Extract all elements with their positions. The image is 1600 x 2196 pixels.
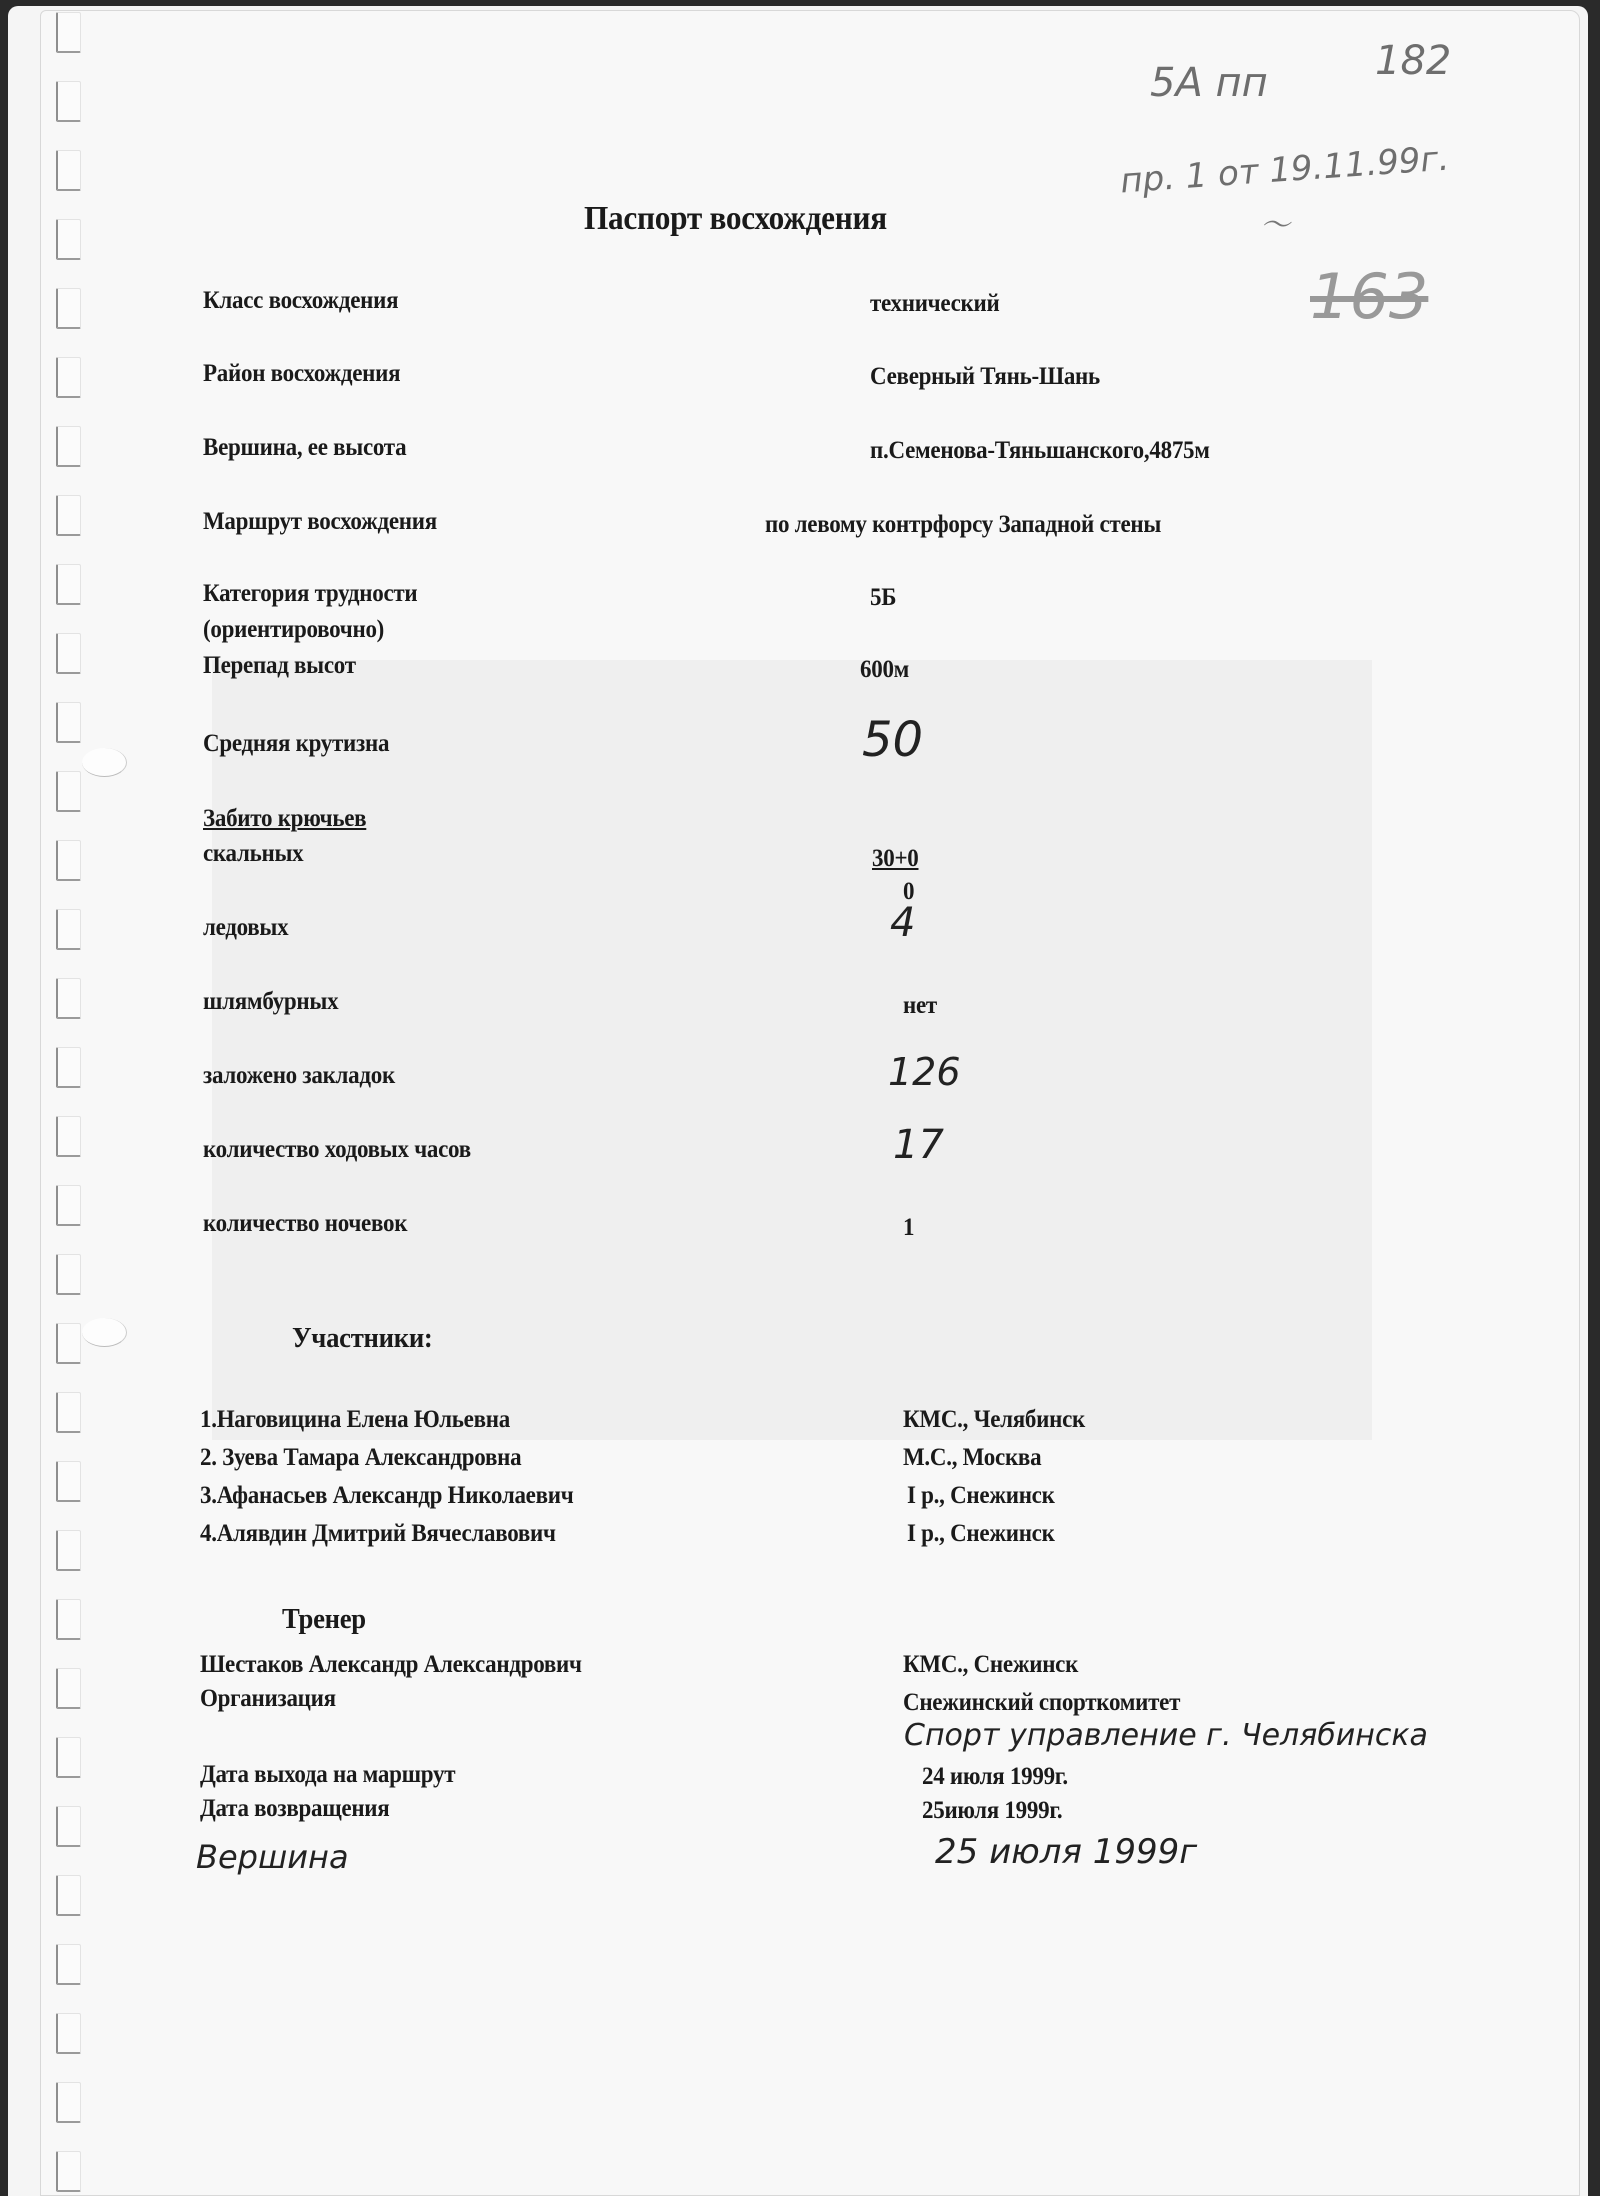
binder-hole-icon: [56, 1323, 81, 1364]
hooks-bolts-value: нет: [903, 992, 937, 1020]
binder-hole-icon: [56, 1530, 81, 1571]
field-value: по левому контрфорсу Западной стены: [765, 511, 1161, 539]
binder-hole-icon: [56, 81, 81, 122]
field-label: Район восхождения: [203, 360, 400, 388]
pencil-signature: 〜: [1260, 200, 1290, 244]
participant-name: 1.Наговицина Елена Юльевна: [200, 1406, 510, 1434]
participants-heading: Участники:: [292, 1322, 433, 1355]
hooks-ice-label: ледовых: [203, 914, 288, 942]
binder-hole-icon: [56, 1461, 81, 1502]
binder-hole-icon: [56, 288, 81, 329]
hooks-rock-numerator: 30+0: [872, 845, 919, 873]
binder-hole-icon: [56, 2151, 81, 2192]
binder-hole-icon: [56, 2013, 81, 2054]
bivouacs-value: 1: [903, 1214, 914, 1242]
hooks-rock-label: скальных: [203, 840, 303, 868]
field-value-handwritten: 50: [862, 712, 923, 768]
binder-hole-icon: [56, 1875, 81, 1916]
field-value: 600м: [860, 656, 909, 684]
participant-rank: КМС., Челябинск: [903, 1406, 1085, 1434]
binder-hole-icon: [56, 702, 81, 743]
pencil-note-category: 5А пп: [1150, 60, 1268, 106]
field-label: Вершина, ее высота: [203, 434, 406, 462]
hooks-heading: Забито крючьев: [203, 805, 366, 833]
field-label: Класс восхождения: [203, 287, 398, 315]
departure-value: 24 июля 1999г.: [922, 1763, 1068, 1791]
return-label: Дата возвращения: [200, 1795, 389, 1823]
binder-hole-icon: [56, 909, 81, 950]
participant-rank: М.С., Москва: [903, 1444, 1041, 1472]
binder-hole-icon: [56, 771, 81, 812]
binder-hole-icon: [56, 564, 81, 605]
participant-name: 3.Афанасьев Александр Николаевич: [200, 1482, 573, 1510]
organization-value: Снежинский спорткомитет: [903, 1689, 1180, 1717]
binder-hole-icon: [56, 633, 81, 674]
participant-name: 2. Зуева Тамара Александровна: [200, 1444, 521, 1472]
return-value: 25июля 1999г.: [922, 1797, 1062, 1825]
organization-handwritten: Спорт управление г. Челябинска: [904, 1718, 1428, 1753]
field-value: п.Семенова-Тяньшанского,4875м: [870, 437, 1210, 465]
field-label: Маршрут восхождения: [203, 508, 437, 536]
binder-hole-icon: [56, 1668, 81, 1709]
binder-hole-icon: [56, 840, 81, 881]
punch-hole-icon: [82, 748, 127, 777]
departure-label: Дата выхода на маршрут: [200, 1761, 455, 1789]
field-label: Категория трудности: [203, 580, 417, 608]
hours-label: количество ходовых часов: [203, 1136, 471, 1164]
coach-name: Шестаков Александр Александрович: [200, 1651, 582, 1679]
hooks-bolts-label: шлямбурных: [203, 988, 338, 1016]
binder-hole-icon: [56, 12, 81, 53]
binder-hole-icon: [56, 357, 81, 398]
binder-hole-icon: [56, 978, 81, 1019]
pencil-note-number: 182: [1375, 38, 1451, 84]
binder-hole-icon: [56, 1806, 81, 1847]
binder-hole-icon: [56, 150, 81, 191]
binder-hole-icon: [56, 1737, 81, 1778]
field-label: Перепад высот: [203, 652, 356, 680]
binder-hole-icon: [56, 1047, 81, 1088]
participant-rank: I р., Снежинск: [907, 1520, 1055, 1548]
hooks-ice-value: 4: [890, 900, 915, 946]
summit-label-handwritten: Вершина: [196, 1838, 349, 1876]
page-title: Паспорт восхождения: [584, 200, 887, 238]
hooks-chocks-label: заложено закладок: [203, 1062, 395, 1090]
binder-hole-icon: [56, 1254, 81, 1295]
crossed-out-number: 163: [1310, 260, 1428, 333]
field-value: технический: [870, 290, 999, 318]
field-label: Средняя крутизна: [203, 730, 389, 758]
field-value: 5Б: [870, 584, 896, 612]
bivouacs-label: количество ночевок: [203, 1210, 407, 1238]
field-value: Северный Тянь-Шань: [870, 363, 1100, 391]
organization-label: Организация: [200, 1685, 336, 1713]
binder-hole-icon: [56, 219, 81, 260]
participant-rank: I р., Снежинск: [907, 1482, 1055, 1510]
binder-hole-icon: [56, 495, 81, 536]
binder-hole-icon: [56, 1944, 81, 1985]
summit-date-handwritten: 25 июля 1999г: [935, 1832, 1197, 1872]
coach-heading: Тренер: [282, 1603, 366, 1636]
hooks-chocks-value: 126: [888, 1050, 961, 1094]
field-label-note: (ориентировочно): [203, 616, 384, 644]
binder-hole-icon: [56, 426, 81, 467]
binder-hole-icon: [56, 2082, 81, 2123]
hours-value: 17: [893, 1122, 944, 1168]
binder-hole-icon: [56, 1116, 81, 1157]
binder-hole-icon: [56, 1392, 81, 1433]
coach-rank: КМС., Снежинск: [903, 1651, 1078, 1679]
binder-hole-icon: [56, 1599, 81, 1640]
binder-hole-icon: [56, 1185, 81, 1226]
punch-hole-icon: [82, 1318, 127, 1347]
participant-name: 4.Алявдин Дмитрий Вячеславович: [200, 1520, 556, 1548]
